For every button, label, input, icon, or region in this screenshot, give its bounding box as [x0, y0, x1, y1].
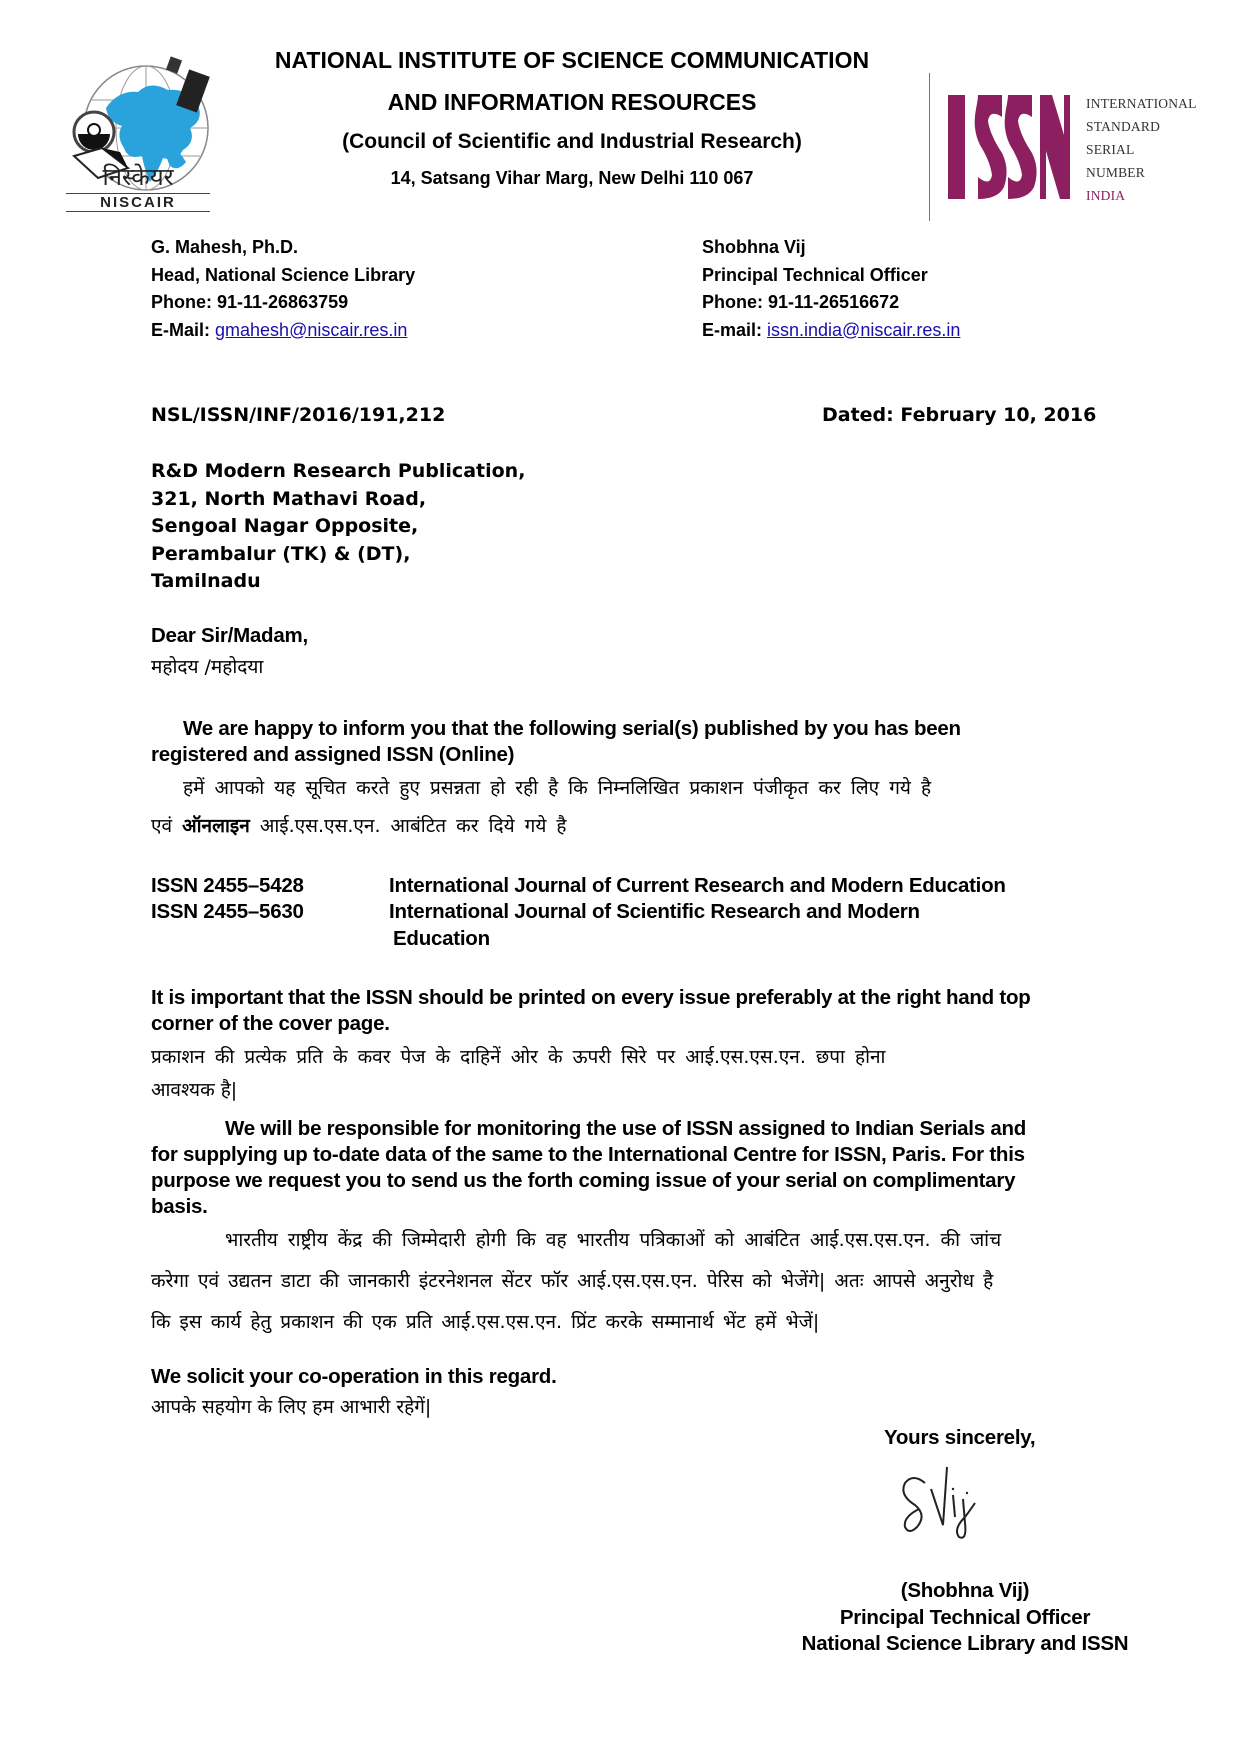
- intro-line-1: We are happy to inform you that the foll…: [183, 716, 961, 743]
- signer-organization: National Science Library and ISSN: [770, 1631, 1160, 1658]
- salutation-hindi: महोदय /महोदया: [151, 653, 263, 679]
- address-line: Perambalur (TK) & (DT),: [151, 541, 525, 569]
- responsibility-hindi-line-3: कि इस कार्य हेतु प्रकाशन की एक प्रति आई.…: [151, 1308, 819, 1334]
- solicit-line: We solicit your co-operation in this reg…: [151, 1364, 557, 1391]
- email-label: E-mail:: [702, 320, 767, 340]
- signer-title: Principal Technical Officer: [770, 1605, 1160, 1632]
- responsibility-hindi-line-1: भारतीय राष्ट्रीय केंद्र की जिम्मेदारी हो…: [225, 1226, 1001, 1252]
- signer-name: (Shobhna Vij): [770, 1578, 1160, 1605]
- contact-title: Head, National Science Library: [151, 262, 415, 290]
- letter-date: Dated: February 10, 2016: [822, 404, 1096, 426]
- contact-right: Shobhna Vij Principal Technical Officer …: [702, 234, 960, 344]
- serial-issn: ISSN 2455–5428: [151, 873, 304, 900]
- contact-email-row: E-Mail: gmahesh@niscair.res.in: [151, 317, 415, 345]
- serial-title: International Journal of Scientific Rese…: [389, 899, 920, 926]
- intro-hindi-line-2: एवं ऑनलाइन आई.एस.एस.एन. आबंटित कर दिये ग…: [151, 812, 567, 838]
- important-hindi-line-1: प्रकाशन की प्रत्येक प्रति के कवर पेज के …: [151, 1043, 885, 1069]
- institute-address: 14, Satsang Vihar Marg, New Delhi 110 06…: [222, 168, 922, 189]
- logo-english-text: NISCAIR: [66, 193, 210, 212]
- responsibility-line-1: We will be responsible for monitoring th…: [225, 1116, 1026, 1143]
- org-name-line2: AND INFORMATION RESOURCES: [222, 89, 922, 116]
- address-line: Tamilnadu: [151, 568, 525, 596]
- header-divider: [929, 73, 930, 221]
- address-line: Sengoal Nagar Opposite,: [151, 513, 525, 541]
- issn-text-line: SERIAL: [1086, 138, 1197, 161]
- contact-name: G. Mahesh, Ph.D.: [151, 234, 415, 262]
- email-link[interactable]: issn.india@niscair.res.in: [767, 320, 960, 340]
- hindi-bold-text: ऑनलाइन: [182, 815, 250, 837]
- address-line: 321, North Mathavi Road,: [151, 486, 525, 514]
- address-line: R&D Modern Research Publication,: [151, 458, 525, 486]
- signature-icon: [895, 1465, 995, 1545]
- responsibility-hindi-line-2: करेगा एवं उद्यतन डाटा की जानकारी इंटरनेश…: [151, 1267, 993, 1293]
- council-name: (Council of Scientific and Industrial Re…: [222, 130, 922, 154]
- important-line-2: corner of the cover page.: [151, 1011, 390, 1038]
- serial-title-continued: Education: [393, 926, 490, 953]
- responsibility-line-2: for supplying up to-date data of the sam…: [151, 1142, 1025, 1169]
- contact-phone: Phone: 91-11-26863759: [151, 289, 415, 317]
- salutation: Dear Sir/Madam,: [151, 623, 308, 650]
- responsibility-line-3: purpose we request you to send us the fo…: [151, 1168, 1015, 1195]
- contact-title: Principal Technical Officer: [702, 262, 960, 290]
- issn-text-line: NUMBER: [1086, 161, 1197, 184]
- email-label: E-Mail:: [151, 320, 215, 340]
- responsibility-line-4: basis.: [151, 1194, 208, 1221]
- important-hindi-line-2: आवश्यक है|: [151, 1076, 237, 1102]
- contact-email-row: E-mail: issn.india@niscair.res.in: [702, 317, 960, 345]
- hindi-text: आई.एस.एस.एन. आबंटित कर दिये गये है: [250, 815, 567, 837]
- intro-hindi-line-1: हमें आपको यह सूचित करते हुए प्रसन्नता हो…: [183, 774, 931, 800]
- important-line-1: It is important that the ISSN should be …: [151, 985, 1031, 1012]
- logo-hindi-text: निस्केयर: [66, 160, 210, 193]
- intro-line-2: registered and assigned ISSN (Online): [151, 742, 514, 769]
- yours-sincerely: Yours sincerely,: [884, 1425, 1035, 1452]
- issn-logo-text: INTERNATIONAL STANDARD SERIAL NUMBER IND…: [1086, 92, 1197, 207]
- serial-issn: ISSN 2455–5630: [151, 899, 304, 926]
- hindi-text: एवं: [151, 815, 182, 837]
- issn-text-line-india: INDIA: [1086, 184, 1197, 207]
- contact-name: Shobhna Vij: [702, 234, 960, 262]
- solicit-hindi: आपके सहयोग के लिए हम आभारी रहेगें|: [151, 1393, 431, 1419]
- email-link[interactable]: gmahesh@niscair.res.in: [215, 320, 407, 340]
- reference-number: NSL/ISSN/INF/2016/191,212: [151, 404, 445, 426]
- issn-text-line: INTERNATIONAL: [1086, 92, 1197, 115]
- contact-phone: Phone: 91-11-26516672: [702, 289, 960, 317]
- issn-logo-icon: [948, 95, 1070, 199]
- contact-left: G. Mahesh, Ph.D. Head, National Science …: [151, 234, 415, 344]
- serial-title: International Journal of Current Researc…: [389, 873, 1006, 900]
- issn-text-line: STANDARD: [1086, 115, 1197, 138]
- org-name-line1: NATIONAL INSTITUTE OF SCIENCE COMMUNICAT…: [222, 47, 922, 74]
- recipient-address: R&D Modern Research Publication, 321, No…: [151, 458, 525, 596]
- niscair-logo: निस्केयर NISCAIR: [58, 50, 218, 225]
